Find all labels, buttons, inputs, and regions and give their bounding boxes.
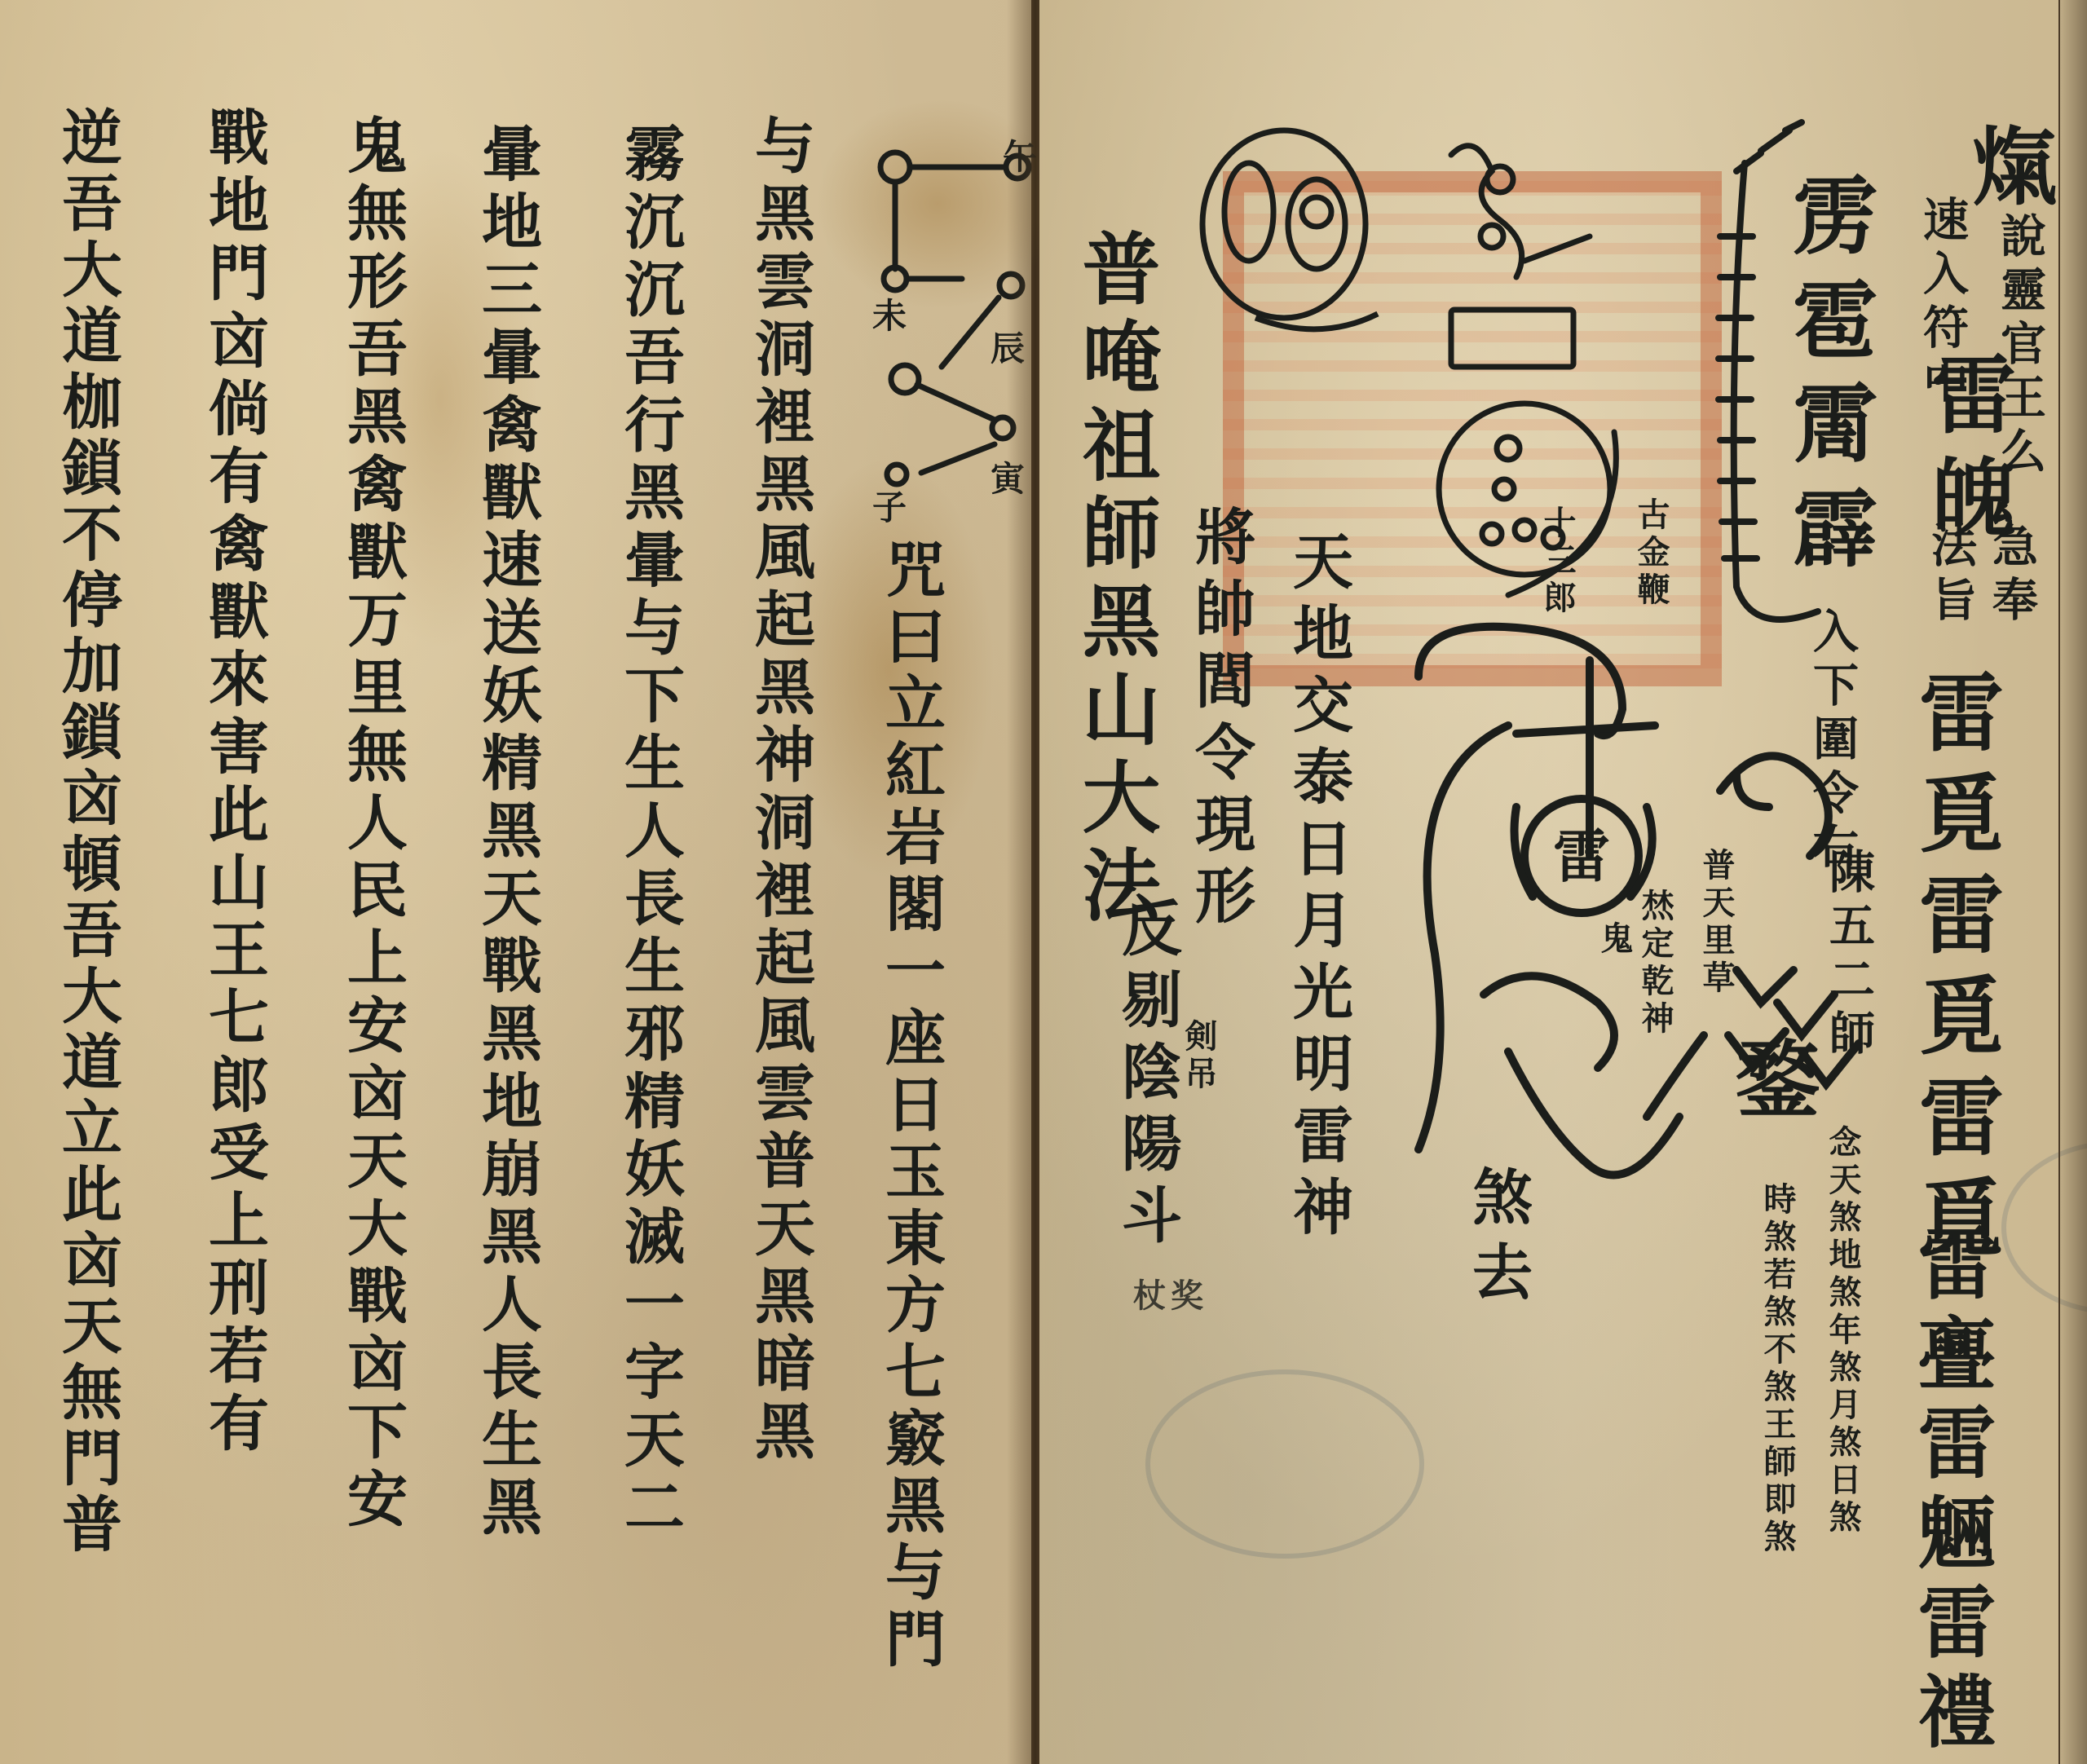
text-column: 戰地門㐫倘有禽獸來害此山王七郎受上刑若有 xyxy=(204,106,264,1704)
page-edge xyxy=(2058,0,2087,1764)
text-column: 將帥閭令現形 xyxy=(1190,505,1251,936)
text-column: 咒曰立紅岩閣一座日玉東方七竅黑与門 xyxy=(880,538,941,1712)
text-column: 反剔陰陽斗 xyxy=(1117,897,1177,1255)
text-column: 鬼無形吾黑禽獸万里無人民上安㐫天大戰㐫下安 xyxy=(342,114,403,1712)
oval-talisman-seal xyxy=(1190,122,1386,351)
text-column: 与黑雲洞裡黑風起黑神洞裡起風雲普天黑暗黑 xyxy=(750,114,810,1712)
faint-text: 杖奖 xyxy=(1133,1280,1208,1312)
text-column: 急奉 xyxy=(1989,522,2035,629)
text-column: 剣吊 xyxy=(1182,1019,1215,1094)
text-column: 天地交泰日月光明雷神 xyxy=(1288,530,1348,1247)
text-column-title: 普唵祖師黑山大法 xyxy=(1076,228,1154,933)
text-column: 霧沉沉吾行黑暈与下生人長生邪精妖滅一字天二 xyxy=(620,122,680,1720)
text-column: 逆吾大道枷鎖不停加鎖㐫頓吾大道立此㐫天無門普 xyxy=(57,106,117,1736)
manuscript-spread: 午 未 辰 寅 子 咒曰立紅岩閣一座日玉東方七竅黑与門 与黑雲洞裡黑風起黑神洞裡… xyxy=(0,0,2087,1764)
left-page: 午 未 辰 寅 子 咒曰立紅岩閣一座日玉東方七竅黑与門 与黑雲洞裡黑風起黑神洞裡… xyxy=(0,0,1031,1764)
large-swirl-talisman: 雷 xyxy=(1386,611,1973,1345)
diagram-label-wei: 未 xyxy=(872,289,907,338)
diagram-label-zi: 子 xyxy=(872,481,907,530)
ghost-seal xyxy=(1145,1369,1424,1559)
talisman-inner-char: 雷 xyxy=(1553,822,1610,890)
text-column: 暈地三暈禽獸速送妖精黑天戰黑地崩黑人長生黑 xyxy=(477,122,537,1720)
hooked-staff xyxy=(1639,114,1851,668)
heading-glyph: 熂 xyxy=(1965,122,2049,225)
